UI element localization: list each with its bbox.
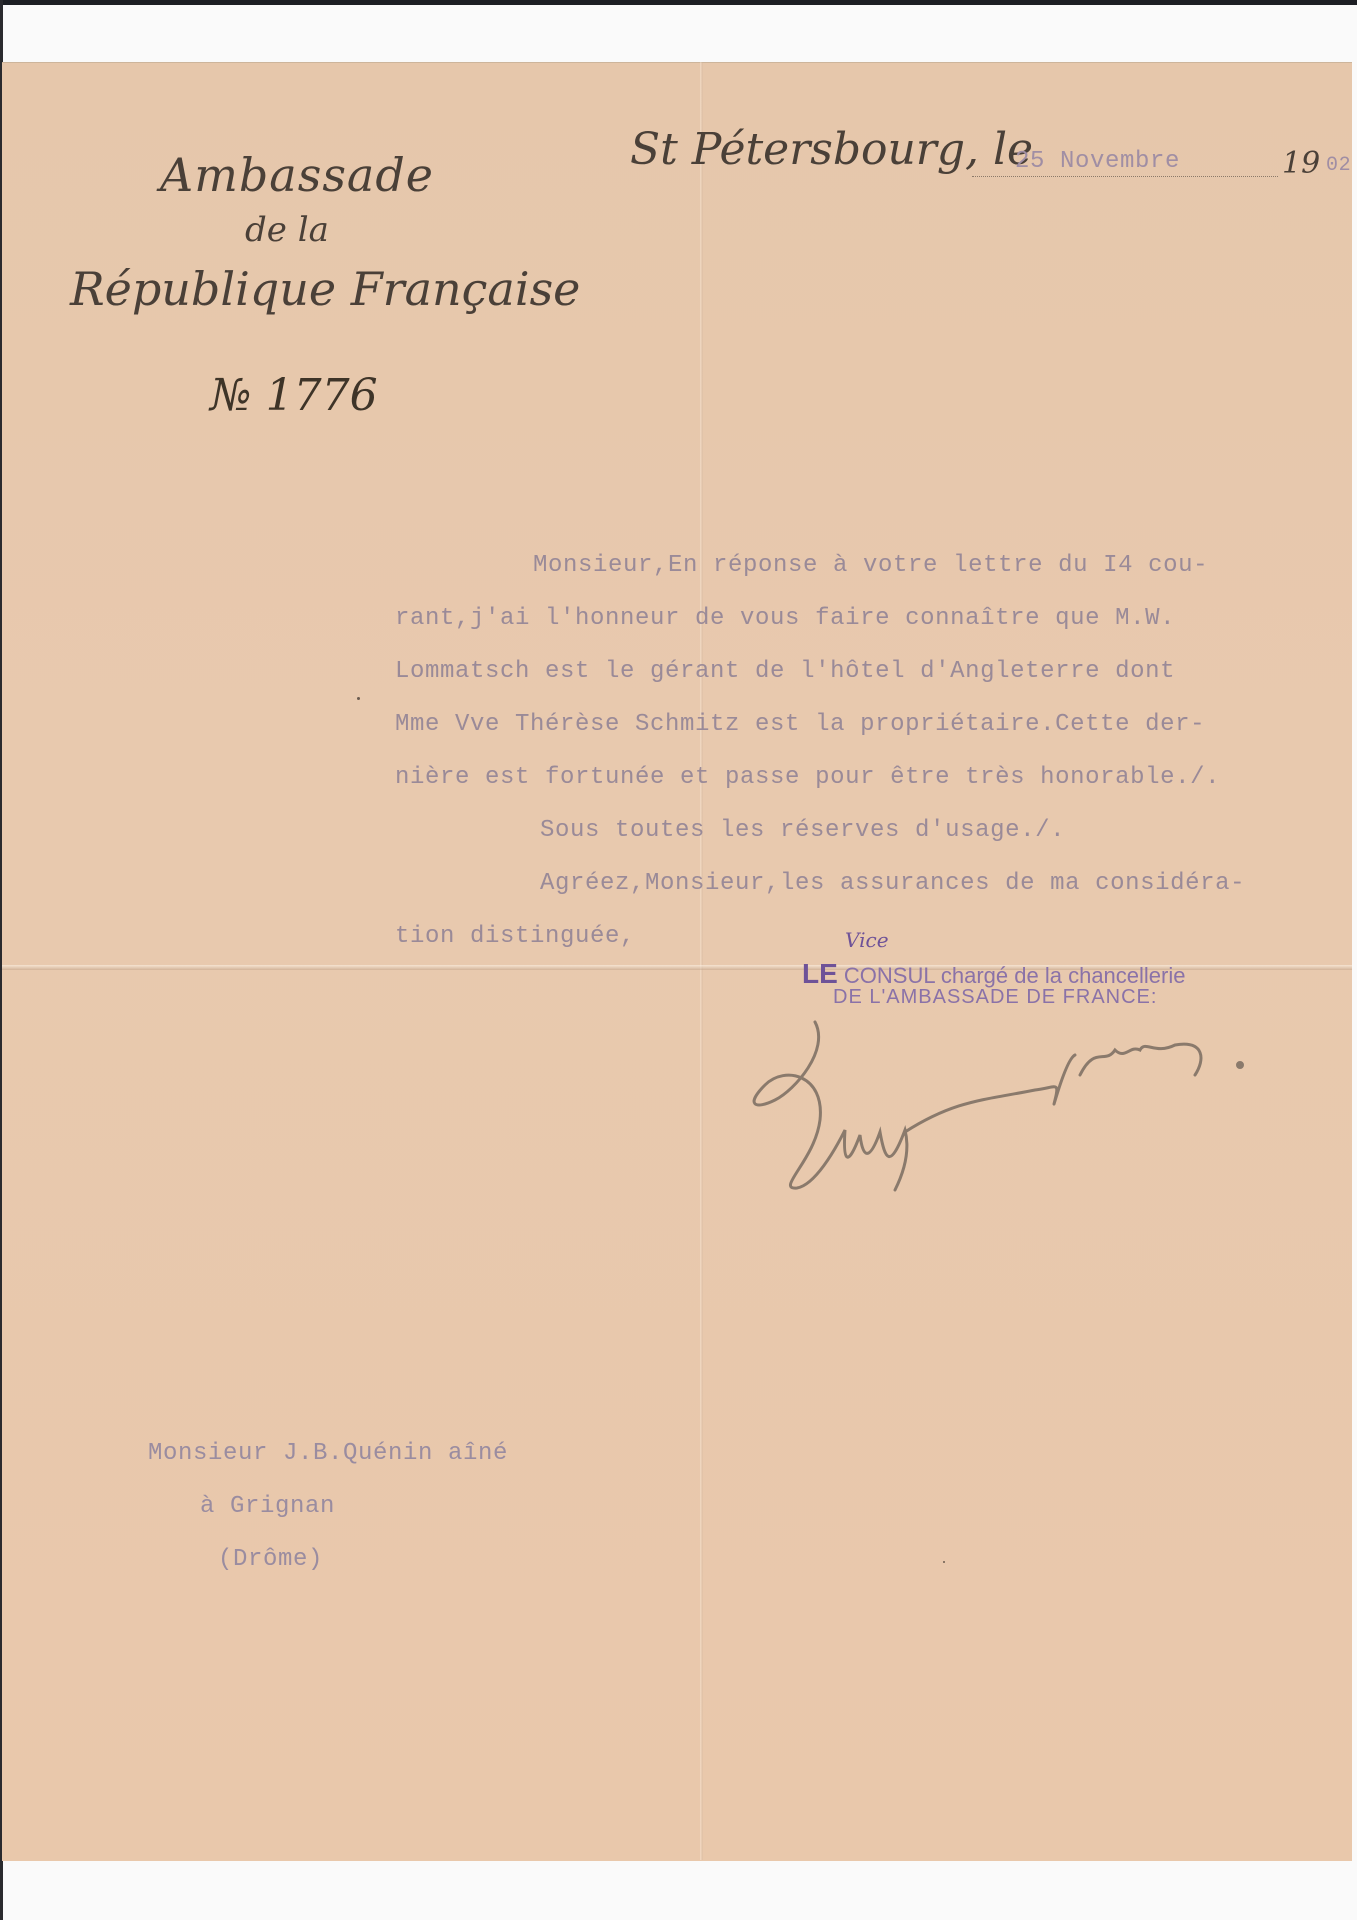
letterhead-ambassade: Ambassade — [160, 148, 434, 202]
stamp-superscript: Vice — [845, 928, 889, 952]
letterhead-de-la: de la — [245, 210, 329, 250]
dateline-year-typed: 02 — [1326, 154, 1351, 177]
stamp-prefix: LE — [802, 958, 838, 989]
body-line: tion distinguée, — [395, 923, 635, 950]
scan-top-edge — [0, 0, 1357, 5]
body-line: Mme Vve Thérèse Schmitz est la propriéta… — [395, 711, 1205, 738]
paper-speck — [357, 697, 360, 700]
recipient-name: Monsieur J.B.Quénin aîné — [148, 1440, 508, 1467]
body-line: Agréez,Monsieur,les assurances de ma con… — [540, 870, 1245, 897]
dateline-date: 25 Novembre — [1015, 148, 1180, 175]
body-line: Sous toutes les réserves d'usage./. — [540, 817, 1065, 844]
recipient-town: à Grignan — [200, 1493, 335, 1520]
body-line: Monsieur,En réponse à votre lettre du I4… — [533, 552, 1208, 579]
body-line: Lommatsch est le gérant de l'hôtel d'Ang… — [395, 658, 1175, 685]
vertical-fold-crease — [700, 62, 703, 1860]
date-dotted-line — [972, 176, 1278, 177]
stamp-line-2: DE L'AMBASSADE DE FRANCE: — [833, 986, 1157, 1009]
body-line: rant,j'ai l'honneur de vous faire connaî… — [395, 605, 1175, 632]
body-line: nière est fortunée et passe pour être tr… — [395, 764, 1220, 791]
letter-number: № 1776 — [210, 370, 378, 421]
recipient-department: (Drôme) — [218, 1546, 323, 1573]
paper-speck — [943, 1561, 945, 1563]
handwritten-signature — [735, 1020, 1295, 1220]
stamp-line-1-text: CONSUL chargé de la chancellerie — [844, 963, 1186, 988]
letterhead-republique: République Française — [70, 262, 580, 316]
dateline-place: St Pétersbourg, le — [630, 124, 1033, 175]
dateline-year-printed: 19 — [1282, 146, 1320, 181]
